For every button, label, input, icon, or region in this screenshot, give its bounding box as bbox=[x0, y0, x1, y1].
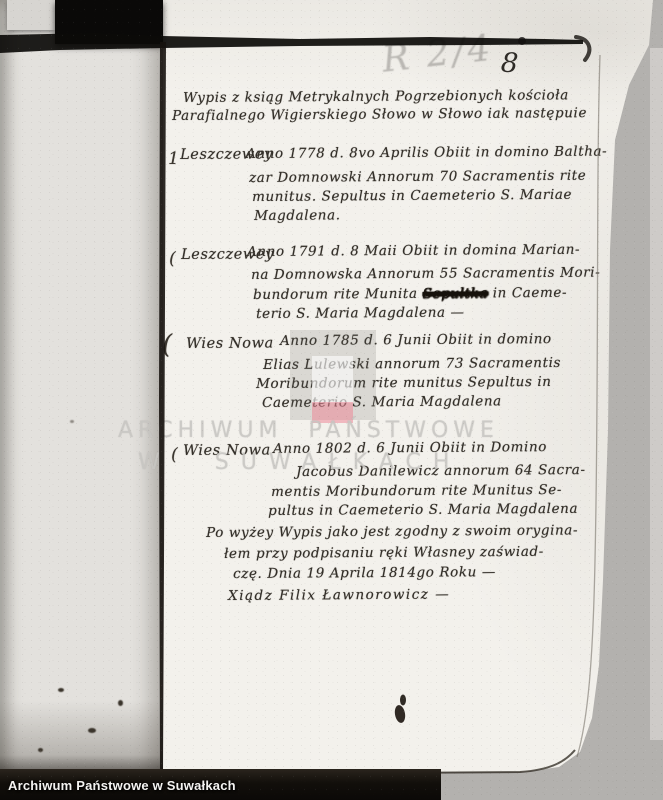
closing-line: czę. Dnia 19 Aprila 1814go Roku — bbox=[233, 564, 496, 582]
paragraph-mark: ( bbox=[162, 330, 173, 360]
entry-line-text: bundorum rite Munita bbox=[253, 286, 423, 303]
closing-line: łem przy podpisaniu ręki Własney zaświad… bbox=[224, 544, 544, 562]
entry-line: bundorum rite Munita Sepultka in Caeme- bbox=[253, 285, 567, 303]
paper-speck bbox=[118, 700, 123, 706]
entry-line: Anno 1791 d. 8 Maii Obiit in domina Mari… bbox=[247, 242, 580, 260]
entry-line: Anno 1778 d. 8vo Aprilis Obiit in domino… bbox=[246, 143, 607, 162]
entry-line: terio S. Maria Magdalena — bbox=[256, 305, 465, 322]
entry-line: munitus. Sepultus in Caemeterio S. Maria… bbox=[252, 187, 572, 205]
closing-line: Po wyżey Wypis jako jest zgodny z swoim … bbox=[206, 522, 578, 541]
paper-speck bbox=[38, 748, 43, 752]
archive-watermark-line-1: ARCHIWUM PAŃSTWOWE bbox=[118, 418, 499, 443]
entry-line: na Domnowska Annorum 55 Sacramentis Mori… bbox=[251, 265, 600, 283]
crossed-out-word: Sepultka bbox=[422, 285, 487, 301]
adjacent-page-strip bbox=[0, 0, 163, 800]
entry-line-text: in Caeme- bbox=[488, 285, 567, 302]
paper-speck bbox=[58, 688, 64, 692]
logo-white-square bbox=[312, 356, 353, 403]
scanned-document-view: R 2/4 8 Wypis z ksiąg Metrykalnych Pogrz… bbox=[0, 0, 663, 800]
priest-signature: Xiądz Filix Ławnorowicz — bbox=[228, 586, 450, 604]
header-line-1: Wypis z ksiąg Metrykalnych Pogrzebionych… bbox=[183, 87, 569, 106]
archive-caption: Archiwum Państwowe w Suwałkach bbox=[8, 778, 236, 793]
paper-speck bbox=[88, 728, 96, 733]
archive-watermark-line-2: W SUWAŁKACH bbox=[138, 450, 461, 475]
header-line-2: Parafialnego Wigierskiego Słowo w Słowo … bbox=[172, 105, 587, 124]
entry-line: zar Domnowski Annorum 70 Sacramentis rit… bbox=[249, 168, 586, 186]
next-page-edge bbox=[650, 48, 663, 740]
scan-black-corner bbox=[55, 0, 163, 44]
entry-line: mentis Moribundorum rite Munitus Se- bbox=[271, 482, 562, 500]
entry-line: Magdalena. bbox=[254, 207, 341, 224]
entry-number: 1 bbox=[168, 149, 180, 169]
page-number: 8 bbox=[500, 47, 519, 79]
paper-speck bbox=[70, 420, 74, 423]
paragraph-mark: ( bbox=[169, 249, 176, 269]
scan-corner-patch bbox=[7, 0, 55, 30]
entry-place-name: Wies Nowa bbox=[186, 335, 274, 352]
entry-line: pultus in Caemeterio S. Maria Magdalena bbox=[268, 501, 578, 519]
